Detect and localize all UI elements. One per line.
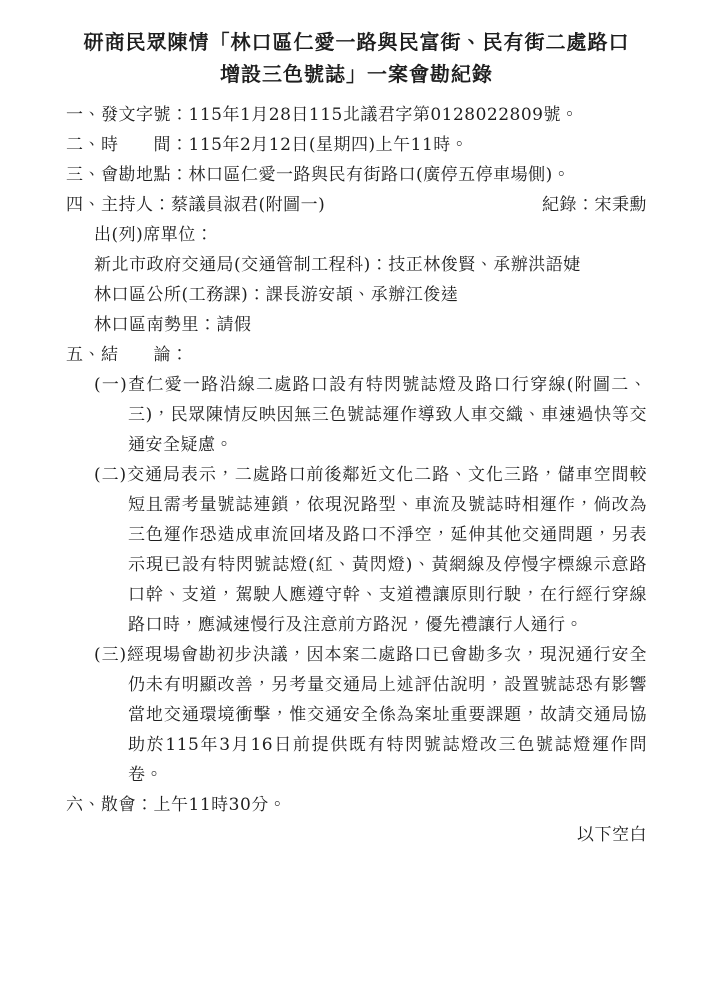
clause-text: 查仁愛一路沿線二處路口設有特閃號誌燈及路口行穿線(附圖二、三)，民眾陳情反映因無… (127, 375, 647, 455)
attendee-line-village: 林口區南勢里：請假 (94, 310, 647, 340)
item-text: 發文字號：115年1月28日115北議君字第0128022809號。 (101, 105, 579, 125)
closing-note: 以下空白 (66, 820, 647, 850)
item-conclusion-heading: 五、結 論： (66, 340, 647, 370)
document-body: 一、發文字號：115年1月28日115北議君字第0128022809號。 二、時… (66, 100, 647, 850)
title-line-2: 增設三色號誌」一案會勘紀錄 (220, 62, 493, 86)
item-host-row: 四、主持人：蔡議員淑君(附圖一) 紀錄：宋秉勳 (66, 190, 647, 220)
attendees-section: 出(列)席單位： 新北市政府交通局(交通管制工程科)：技正林俊賢、承辦洪語婕 林… (94, 220, 647, 340)
item-adjournment: 六、散會：上午11時30分。 (66, 790, 647, 820)
attendee-line-district-office: 林口區公所(工務課)：課長游安頡、承辦江俊逵 (94, 280, 647, 310)
item-text: 主持人：蔡議員淑君(附圖一) (101, 195, 325, 215)
conclusion-clauses: (一)查仁愛一路沿線二處路口設有特閃號誌燈及路口行穿線(附圖二、三)，民眾陳情反… (94, 370, 647, 790)
attendee-line-traffic-bureau: 新北市政府交通局(交通管制工程科)：技正林俊賢、承辦洪語婕 (94, 250, 647, 280)
item-location: 三、會勘地點：林口區仁愛一路與民有街路口(廣停五停車場側)。 (66, 160, 647, 190)
item-text: 散會：上午11時30分。 (101, 795, 286, 815)
recorder: 紀錄：宋秉勳 (542, 190, 647, 220)
clause-label: (一) (94, 375, 127, 395)
item-time: 二、時 間：115年2月12日(星期四)上午11時。 (66, 130, 647, 160)
item-label: 一、 (66, 105, 101, 125)
item-text: 會勘地點：林口區仁愛一路與民有街路口(廣停五停車場側)。 (101, 165, 570, 185)
conclusion-clause-3: (三)經現場會勘初步決議，因本案二處路口已會勘多次，現況通行安全仍未有明顯改善，… (94, 640, 647, 790)
clause-label: (二) (94, 465, 127, 485)
item-label: 四、 (66, 195, 101, 215)
item-dispatch-number: 一、發文字號：115年1月28日115北議君字第0128022809號。 (66, 100, 647, 130)
clause-text: 交通局表示，二處路口前後鄰近文化二路、文化三路，儲車空間較短且需考量號誌連鎖，依… (127, 465, 647, 635)
document-title: 研商民眾陳情「林口區仁愛一路與民富街、民有街二處路口 增設三色號誌」一案會勘紀錄 (66, 26, 647, 90)
title-line-1: 研商民眾陳情「林口區仁愛一路與民富街、民有街二處路口 (84, 30, 630, 54)
conclusion-clause-2: (二)交通局表示，二處路口前後鄰近文化二路、文化三路，儲車空間較短且需考量號誌連… (94, 460, 647, 640)
item-text: 結 論： (101, 345, 189, 365)
item-label: 六、 (66, 795, 101, 815)
item-label: 五、 (66, 345, 101, 365)
item-label: 三、 (66, 165, 101, 185)
clause-text: 經現場會勘初步決議，因本案二處路口已會勘多次，現況通行安全仍未有明顯改善，另考量… (127, 645, 647, 785)
clause-label: (三) (94, 645, 127, 665)
conclusion-clause-1: (一)查仁愛一路沿線二處路口設有特閃號誌燈及路口行穿線(附圖二、三)，民眾陳情反… (94, 370, 647, 460)
meeting-record-page: 研商民眾陳情「林口區仁愛一路與民富街、民有街二處路口 增設三色號誌」一案會勘紀錄… (0, 0, 707, 1000)
item-label: 二、 (66, 135, 101, 155)
item-text: 時 間：115年2月12日(星期四)上午11時。 (101, 135, 468, 155)
item-host: 四、主持人：蔡議員淑君(附圖一) (66, 190, 325, 220)
attendees-heading: 出(列)席單位： (94, 220, 647, 250)
